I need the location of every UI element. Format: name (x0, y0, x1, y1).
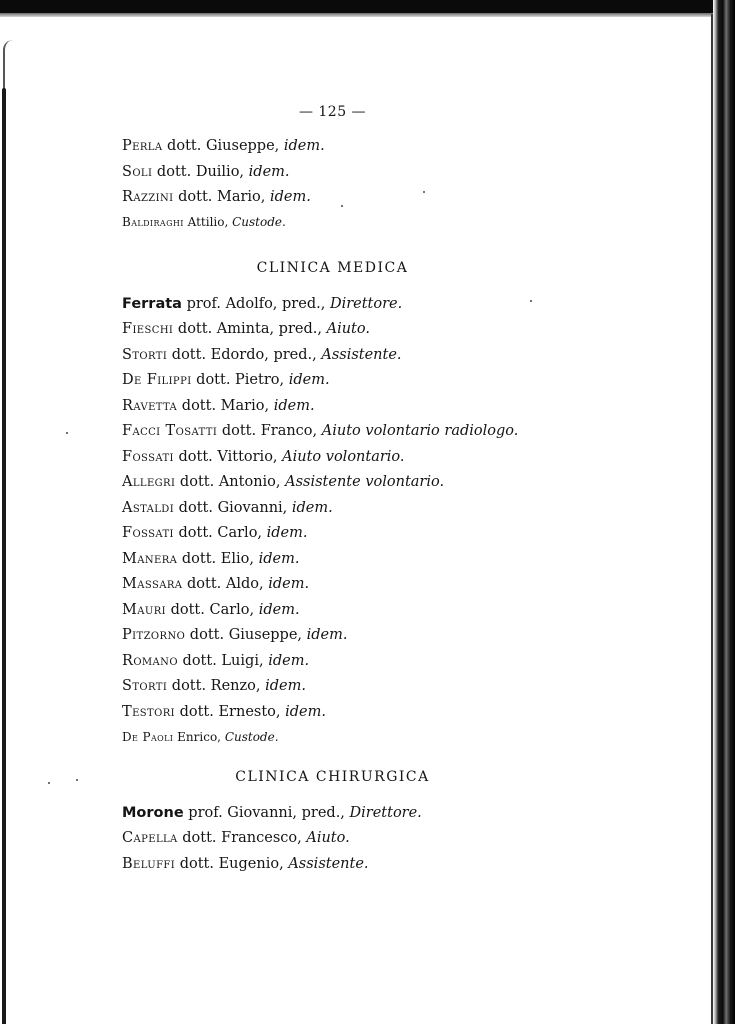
staff-role: Aiuto volontario. (282, 449, 404, 465)
staff-surname: Fossati (122, 449, 174, 465)
staff-role: idem. (270, 189, 311, 205)
staff-details: dott. Giuseppe, (162, 138, 283, 154)
staff-role: idem. (265, 678, 306, 694)
staff-role: idem. (289, 372, 330, 388)
staff-details: dott. Pietro, (192, 372, 289, 388)
staff-details: dott. Mario, (174, 189, 271, 205)
scan-top-border (0, 0, 735, 13)
staff-role: idem. (268, 653, 309, 669)
staff-surname: De Filippi (122, 372, 192, 388)
staff-surname: Mauri (122, 602, 166, 618)
staff-entry: Fossati dott. Vittorio, Aiuto volontario… (122, 448, 405, 466)
staff-surname: Allegri (122, 474, 175, 490)
staff-surname: Storti (122, 678, 167, 694)
staff-surname: De Paoli (122, 730, 173, 744)
staff-entry: Astaldi dott. Giovanni, idem. (122, 499, 333, 517)
staff-surname: Baldiraghi (122, 215, 184, 229)
staff-details: dott. Renzo, (167, 678, 265, 694)
staff-surname: Beluffi (122, 856, 175, 872)
staff-details: dott. Ernesto, (175, 704, 285, 720)
staff-details: dott. Duilio, (152, 164, 248, 180)
staff-details: dott. Franco, (217, 423, 322, 439)
staff-role: Direttore. (330, 296, 402, 312)
staff-entry: Beluffi dott. Eugenio, Assistente. (122, 855, 369, 873)
staff-surname: Ravetta (122, 398, 177, 414)
scan-right-binding (713, 0, 735, 1024)
staff-details: dott. Mario, (177, 398, 274, 414)
staff-role: idem. (268, 576, 309, 592)
staff-details: dott. Giuseppe, (185, 627, 306, 643)
staff-surname: Capella (122, 830, 178, 846)
staff-surname: Razzini (122, 189, 174, 205)
staff-surname: Fossati (122, 525, 174, 541)
staff-surname: Perla (122, 138, 162, 154)
staff-role: idem. (292, 500, 333, 516)
staff-details: dott. Luigi, (178, 653, 268, 669)
staff-entry: De Paoli Enrico, Custode. (122, 728, 279, 746)
section-heading-clinica-medica: CLINICA MEDICA (0, 260, 665, 276)
staff-entry: Mauri dott. Carlo, idem. (122, 601, 300, 619)
staff-details: dott. Elio, (177, 551, 258, 567)
staff-details: dott. Aldo, (182, 576, 268, 592)
staff-role: idem. (249, 164, 290, 180)
staff-role: Direttore. (350, 805, 422, 821)
staff-details: dott. Giovanni, (174, 500, 292, 516)
staff-entry: Manera dott. Elio, idem. (122, 550, 299, 568)
staff-entry: Allegri dott. Antonio, Assistente volont… (122, 473, 444, 491)
staff-details: Attilio, (184, 215, 232, 229)
staff-entry: Pitzorno dott. Giuseppe, idem. (122, 626, 348, 644)
staff-details: dott. Carlo, (174, 525, 267, 541)
staff-details: dott. Eugenio, (175, 856, 288, 872)
staff-details: dott. Antonio, (175, 474, 285, 490)
staff-surname: Fieschi (122, 321, 173, 337)
staff-surname: Massara (122, 576, 182, 592)
staff-details: Enrico, (173, 730, 224, 744)
staff-details: dott. Aminta, pred., (173, 321, 326, 337)
staff-role: Assistente. (288, 856, 368, 872)
staff-surname: Manera (122, 551, 177, 567)
staff-details: dott. Francesco, (178, 830, 307, 846)
staff-role: Custode. (225, 730, 279, 744)
staff-entry: Perla dott. Giuseppe, idem. (122, 137, 325, 155)
staff-role: idem. (307, 627, 348, 643)
staff-entry: Romano dott. Luigi, idem. (122, 652, 309, 670)
staff-surname: Morone (122, 805, 184, 821)
scan-speck (423, 191, 425, 193)
staff-role: idem. (285, 704, 326, 720)
staff-role: idem. (267, 525, 308, 541)
scan-speck (76, 779, 78, 781)
staff-surname: Testori (122, 704, 175, 720)
staff-entry: Storti dott. Renzo, idem. (122, 677, 306, 695)
staff-role: idem. (274, 398, 315, 414)
staff-entry: Capella dott. Francesco, Aiuto. (122, 829, 350, 847)
staff-surname: Soli (122, 164, 152, 180)
staff-role: Aiuto volontario radiologo. (322, 423, 519, 439)
staff-surname: Facci Tosatti (122, 423, 217, 439)
staff-details: prof. Giovanni, pred., (184, 805, 350, 821)
staff-details: dott. Carlo, (166, 602, 259, 618)
scan-speck (530, 300, 532, 302)
staff-entry: Fieschi dott. Aminta, pred., Aiuto. (122, 320, 370, 338)
staff-surname: Storti (122, 347, 167, 363)
staff-role: Assistente volontario. (285, 474, 444, 490)
staff-role: Aiuto. (306, 830, 349, 846)
staff-role: Assistente. (321, 347, 401, 363)
staff-entry: Massara dott. Aldo, idem. (122, 575, 309, 593)
staff-details: prof. Adolfo, pred., (182, 296, 330, 312)
scan-speck (341, 205, 343, 207)
staff-role: Custode. (232, 215, 286, 229)
scan-speck (48, 782, 50, 784)
scan-speck (66, 432, 68, 434)
scan-left-edge-curve (3, 40, 13, 95)
staff-details: dott. Edordo, pred., (167, 347, 321, 363)
staff-entry: Facci Tosatti dott. Franco, Aiuto volont… (122, 422, 518, 440)
staff-entry: Soli dott. Duilio, idem. (122, 163, 290, 181)
staff-details: dott. Vittorio, (174, 449, 282, 465)
staff-role: idem. (259, 602, 300, 618)
staff-entry: Testori dott. Ernesto, idem. (122, 703, 326, 721)
staff-surname: Pitzorno (122, 627, 185, 643)
staff-role: idem. (284, 138, 325, 154)
staff-surname: Astaldi (122, 500, 174, 516)
staff-entry: Fossati dott. Carlo, idem. (122, 524, 308, 542)
staff-role: Aiuto. (327, 321, 370, 337)
staff-surname: Romano (122, 653, 178, 669)
staff-entry: Morone prof. Giovanni, pred., Direttore. (122, 804, 422, 822)
page-number: — 125 — (0, 104, 665, 120)
staff-entry: Ravetta dott. Mario, idem. (122, 397, 315, 415)
staff-entry: Razzini dott. Mario, idem. (122, 188, 311, 206)
staff-entry: Baldiraghi Attilio, Custode. (122, 213, 286, 231)
staff-entry: Storti dott. Edordo, pred., Assistente. (122, 346, 402, 364)
staff-entry: De Filippi dott. Pietro, idem. (122, 371, 330, 389)
staff-role: idem. (259, 551, 300, 567)
staff-entry: Ferrata prof. Adolfo, pred., Direttore. (122, 295, 402, 313)
section-heading-clinica-chirurgica: CLINICA CHIRURGICA (0, 769, 665, 785)
scan-top-border-fringe (0, 13, 735, 17)
staff-surname: Ferrata (122, 296, 182, 312)
scan-left-edge (2, 88, 6, 1024)
